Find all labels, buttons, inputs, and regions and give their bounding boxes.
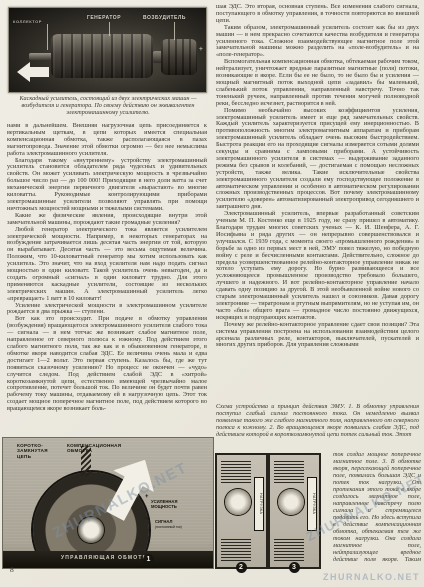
pole-hatch: [274, 539, 304, 561]
paragraph: нами в дальнейшем. Внешняя нагрузочная ц…: [7, 123, 207, 158]
emu-schematic-panel-3: НАГРУЗКА 3: [268, 453, 321, 569]
exciter-machine: [161, 39, 197, 75]
panel-number-badge: 2: [236, 562, 247, 573]
emu-cutaway-panel: КОРОТКО-ЗАМКНУТАЯ ЦЕПЬ КОМПЕНСАЦИОННАЯ О…: [2, 437, 214, 569]
minus-terminal: −: [145, 516, 149, 522]
signal-label: СИГНАЛ(постоянный ток): [155, 520, 199, 529]
amplified-power-label: УСИЛЕННАЯ МОЩНОСТЬ: [151, 500, 197, 510]
short-circuit-label: КОРОТКО-ЗАМКНУТАЯ ЦЕПЬ: [17, 443, 61, 459]
paragraph: Таким образом, электромашинный усилитель…: [216, 25, 419, 60]
paragraph: Вспомогательная компенсационная обмотка,…: [216, 59, 419, 107]
collector-label: КОЛЛЕКТОР: [13, 19, 42, 24]
paragraph: Благодаря такому «внутреннему» устройств…: [7, 158, 207, 213]
scanned-book-page: { "page": { "number": "8" }, "watermark"…: [0, 0, 424, 587]
panel-number-badge: 3: [289, 562, 300, 573]
terminal-plus: +: [199, 46, 203, 53]
paragraph: Электромашинный усилитель, впервые разра…: [216, 211, 419, 322]
load-label: НАГРУЗКА: [307, 477, 317, 531]
signal-label-text: СИГНАЛ: [155, 519, 172, 524]
paragraph: Любой генератор электрического тока явля…: [7, 227, 207, 303]
paragraph: Усиление электрической мощности в электр…: [7, 303, 207, 317]
shaft: [29, 53, 53, 60]
rotor-drawing: [278, 489, 304, 515]
schema-caption-narrow: ток создал мощное поперечное магнитное п…: [333, 451, 421, 563]
paragraph: Вот как это происходит. При подаче в обм…: [7, 316, 207, 413]
pole-hatch: [274, 461, 304, 483]
exciter-label: ВОЗБУДИТЕЛЬ: [143, 15, 186, 21]
paragraph: шая ЭДС. Это вторая, основная ступень. В…: [216, 4, 419, 25]
left-text-column: нами в дальнейшем. Внешняя нагрузочная ц…: [7, 123, 207, 435]
base-band: УПРАВЛЯЮЩАЯ ОБМОТКА: [3, 551, 213, 568]
leader-line: [47, 24, 48, 50]
photo-caption: Каскадный усилитель, состоящий из двух э…: [12, 95, 204, 116]
leader-line: [174, 22, 175, 40]
plus-terminal: +: [145, 494, 149, 500]
output-arrow-icon: [17, 62, 51, 82]
control-winding-label: УПРАВЛЯЮЩАЯ ОБМОТКА: [61, 556, 213, 562]
page-number: 8: [10, 565, 14, 574]
signal-sublabel: (постоянный ток): [155, 525, 199, 529]
schema-caption-wide: Схема устройства и принцип действия ЭМУ.…: [216, 403, 419, 449]
rotor-drawing: [225, 489, 251, 515]
paragraph: Помимо необычайно высоких коэффициентов …: [216, 108, 419, 212]
armature-hub: [78, 517, 104, 543]
watermark-footer: ZHURNALKO.NET: [323, 572, 420, 582]
pole-hatch: [221, 539, 251, 561]
cascade-amplifier-photo: ГЕНЕРАТОР ВОЗБУДИТЕЛЬ КОЛЛЕКТОР +: [8, 7, 207, 93]
paragraph: Какие же физические явления, происходящи…: [7, 213, 207, 227]
load-label: НАГРУЗКА: [254, 477, 264, 531]
paragraph: Почему же релейно-контакторное управлени…: [216, 322, 419, 350]
panel-number-badge: 1: [143, 554, 154, 565]
emu-schematic-panel-2: НАГРУЗКА 2: [215, 453, 268, 569]
compensation-winding-label: КОМПЕНСАЦИОННАЯ ОБМОТКА: [67, 443, 129, 454]
generator-label: ГЕНЕРАТОР: [87, 15, 121, 21]
pole-hatch: [221, 461, 251, 483]
leader-line: [109, 22, 110, 36]
generator-machine: [51, 34, 153, 78]
arrow-tail: [29, 67, 49, 77]
right-text-column: шая ЭДС. Это вторая, основная ступень. В…: [216, 4, 419, 401]
